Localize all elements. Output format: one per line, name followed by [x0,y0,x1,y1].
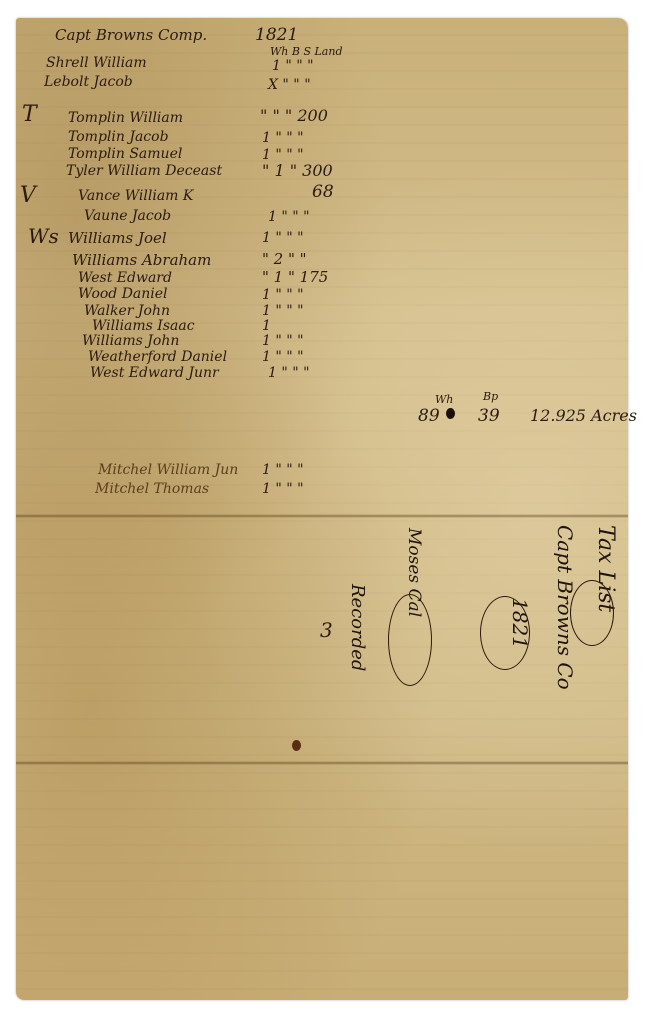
entry-name: Tomplin William [68,110,183,126]
column-headers: Wh B S Land [270,45,343,58]
docket-line-2: Capt Browns Co [553,525,577,690]
entry-values: X " " " [268,77,311,93]
entry-values: 1 [262,318,271,334]
entry-name: Vaune Jacob [84,208,171,224]
entry-values: " 1 " 175 [262,268,328,286]
ink-blot [446,408,455,419]
entry-name: Tyler William Deceast [66,163,222,179]
totals-wh-label: Wh [435,393,453,406]
entry-values: 1 " " " [262,230,304,246]
entry-name: Shrell William [46,55,147,71]
entry-values: " 2 " " [262,250,307,268]
list-year: 1821 [255,25,298,45]
entry-name: Tomplin Samuel [68,146,182,162]
entry-values: 1 " " " [262,130,304,146]
entry-name: Lebolt Jacob [44,74,133,90]
entry-values: 1 " " " [272,58,314,74]
group-marker: V [20,183,36,208]
entry-values: 1 " " " [268,209,310,225]
flourish-loop [388,594,432,686]
entry-name: Tomplin Jacob [68,129,169,145]
entry-values: 1 " " " [262,287,304,303]
entry-name: West Edward Junr [90,365,219,381]
fold-line-lower [16,761,628,765]
entry-values: 1 " " " [262,462,304,478]
entry-name: Walker John [84,303,170,319]
entry-values: 1 " " " [262,333,304,349]
entry-values: 68 [312,182,334,202]
entry-name: Wood Daniel [78,286,168,302]
docket-mark: 3 [320,618,333,642]
list-title: Capt Browns Comp. [55,26,207,44]
entry-name: Williams Isaac [92,318,195,334]
docket-line-5: Recorded [347,584,368,671]
entry-name: Mitchel William Jun [98,462,238,478]
totals-wh: 89 [418,406,440,426]
entry-name: Williams John [82,333,179,349]
entry-values: 1 " " " [262,349,304,365]
entry-name: Williams Abraham [72,251,211,269]
totals-bp-label: Bp [483,390,498,403]
entry-name: Mitchel Thomas [95,481,209,497]
entry-name: Williams Joel [68,229,167,247]
entry-values: " 1 " 300 [262,161,333,180]
entry-name: Weatherford Daniel [88,349,227,365]
flourish-loop [480,596,530,670]
entry-name: Vance William K [78,188,193,204]
ink-stain [292,740,301,751]
fold-line-upper [16,514,628,518]
entry-values: 1 " " " [268,365,310,381]
entry-values: 1 " " " [262,303,304,319]
entry-name: West Edward [78,270,172,286]
group-marker: Ws [28,224,59,248]
totals-bp: 39 [478,406,500,426]
entry-values: 1 " " " [262,481,304,497]
entry-values: " " " 200 [260,106,328,125]
totals-acres: 12.925 Acres [530,406,637,425]
group-marker: T [22,102,37,127]
